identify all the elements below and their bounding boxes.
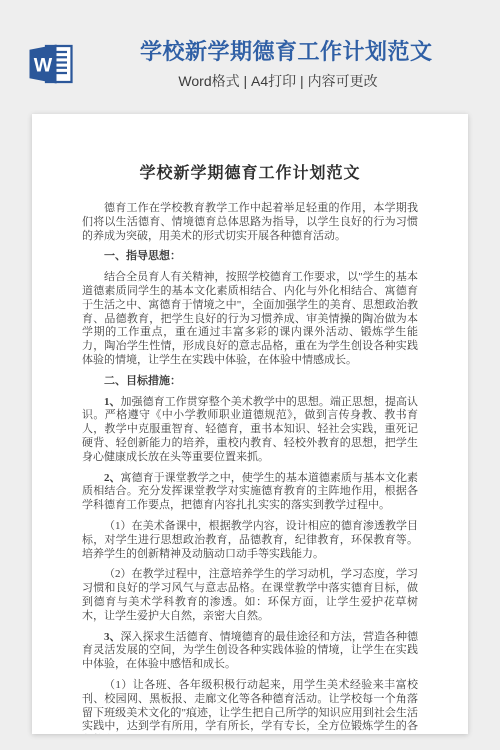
doc-paragraph: 结合全员育人有关精神，按照学校德育工作要求，以"学生的基本道德素质同学生的基本文…: [82, 271, 418, 368]
document-title: 学校新学期德育工作计划范文: [82, 164, 418, 184]
word-icon: W: [28, 38, 76, 91]
doc-heading: 一、指导思想：: [82, 250, 418, 264]
svg-text:W: W: [34, 55, 53, 77]
doc-paragraph: （1）在美术备课中，根据教学内容，设计相应的德育渗透教学目标，对学生进行思想政治…: [82, 520, 418, 561]
doc-paragraph: 2、寓德育于课堂教学之中，使学生的基本道德素质与基本文化素质相结合。充分发挥课堂…: [82, 472, 418, 513]
doc-heading: 二、目标措施：: [82, 375, 418, 389]
page-subtitle: Word格式 | A4打印 | 内容可更改: [140, 72, 416, 90]
header-text-block: 学校新学期德育工作计划范文 Word格式 | A4打印 | 内容可更改: [140, 38, 416, 90]
doc-paragraph: （1）让各班、各年级积极行动起来，用学生美术经验来丰富校刊、校园网、黑板报、走廊…: [82, 679, 418, 734]
page-viewport: W 学校新学期德育工作计划范文 Word格式 | A4打印 | 内容可更改 学校…: [0, 0, 500, 750]
doc-paragraph: （2）在教学过程中，注意培养学生的学习动机，学习态度，学习习惯和良好的学习风气与…: [82, 568, 418, 623]
page-title: 学校新学期德育工作计划范文: [140, 38, 416, 66]
doc-paragraph: 德育工作在学校教育教学工作中起着举足轻重的作用，本学期我们将以生活德育、情境德育…: [82, 202, 418, 243]
document-body: 德育工作在学校教育教学工作中起着举足轻重的作用，本学期我们将以生活德育、情境德育…: [82, 202, 418, 734]
doc-paragraph: 1、加强德育工作贯穿整个美术教学中的思想。端正思想，提高认识。严格遵守《中小学教…: [82, 396, 418, 465]
document-page: 学校新学期德育工作计划范文 德育工作在学校教育教学工作中起着举足轻重的作用，本学…: [32, 114, 468, 734]
site-header: W 学校新学期德育工作计划范文 Word格式 | A4打印 | 内容可更改: [0, 0, 500, 91]
doc-paragraph: 3、深入探求生活德育、情境德育的最佳途径和方法，营造各种德育灵活发展的空间，为学…: [82, 631, 418, 672]
